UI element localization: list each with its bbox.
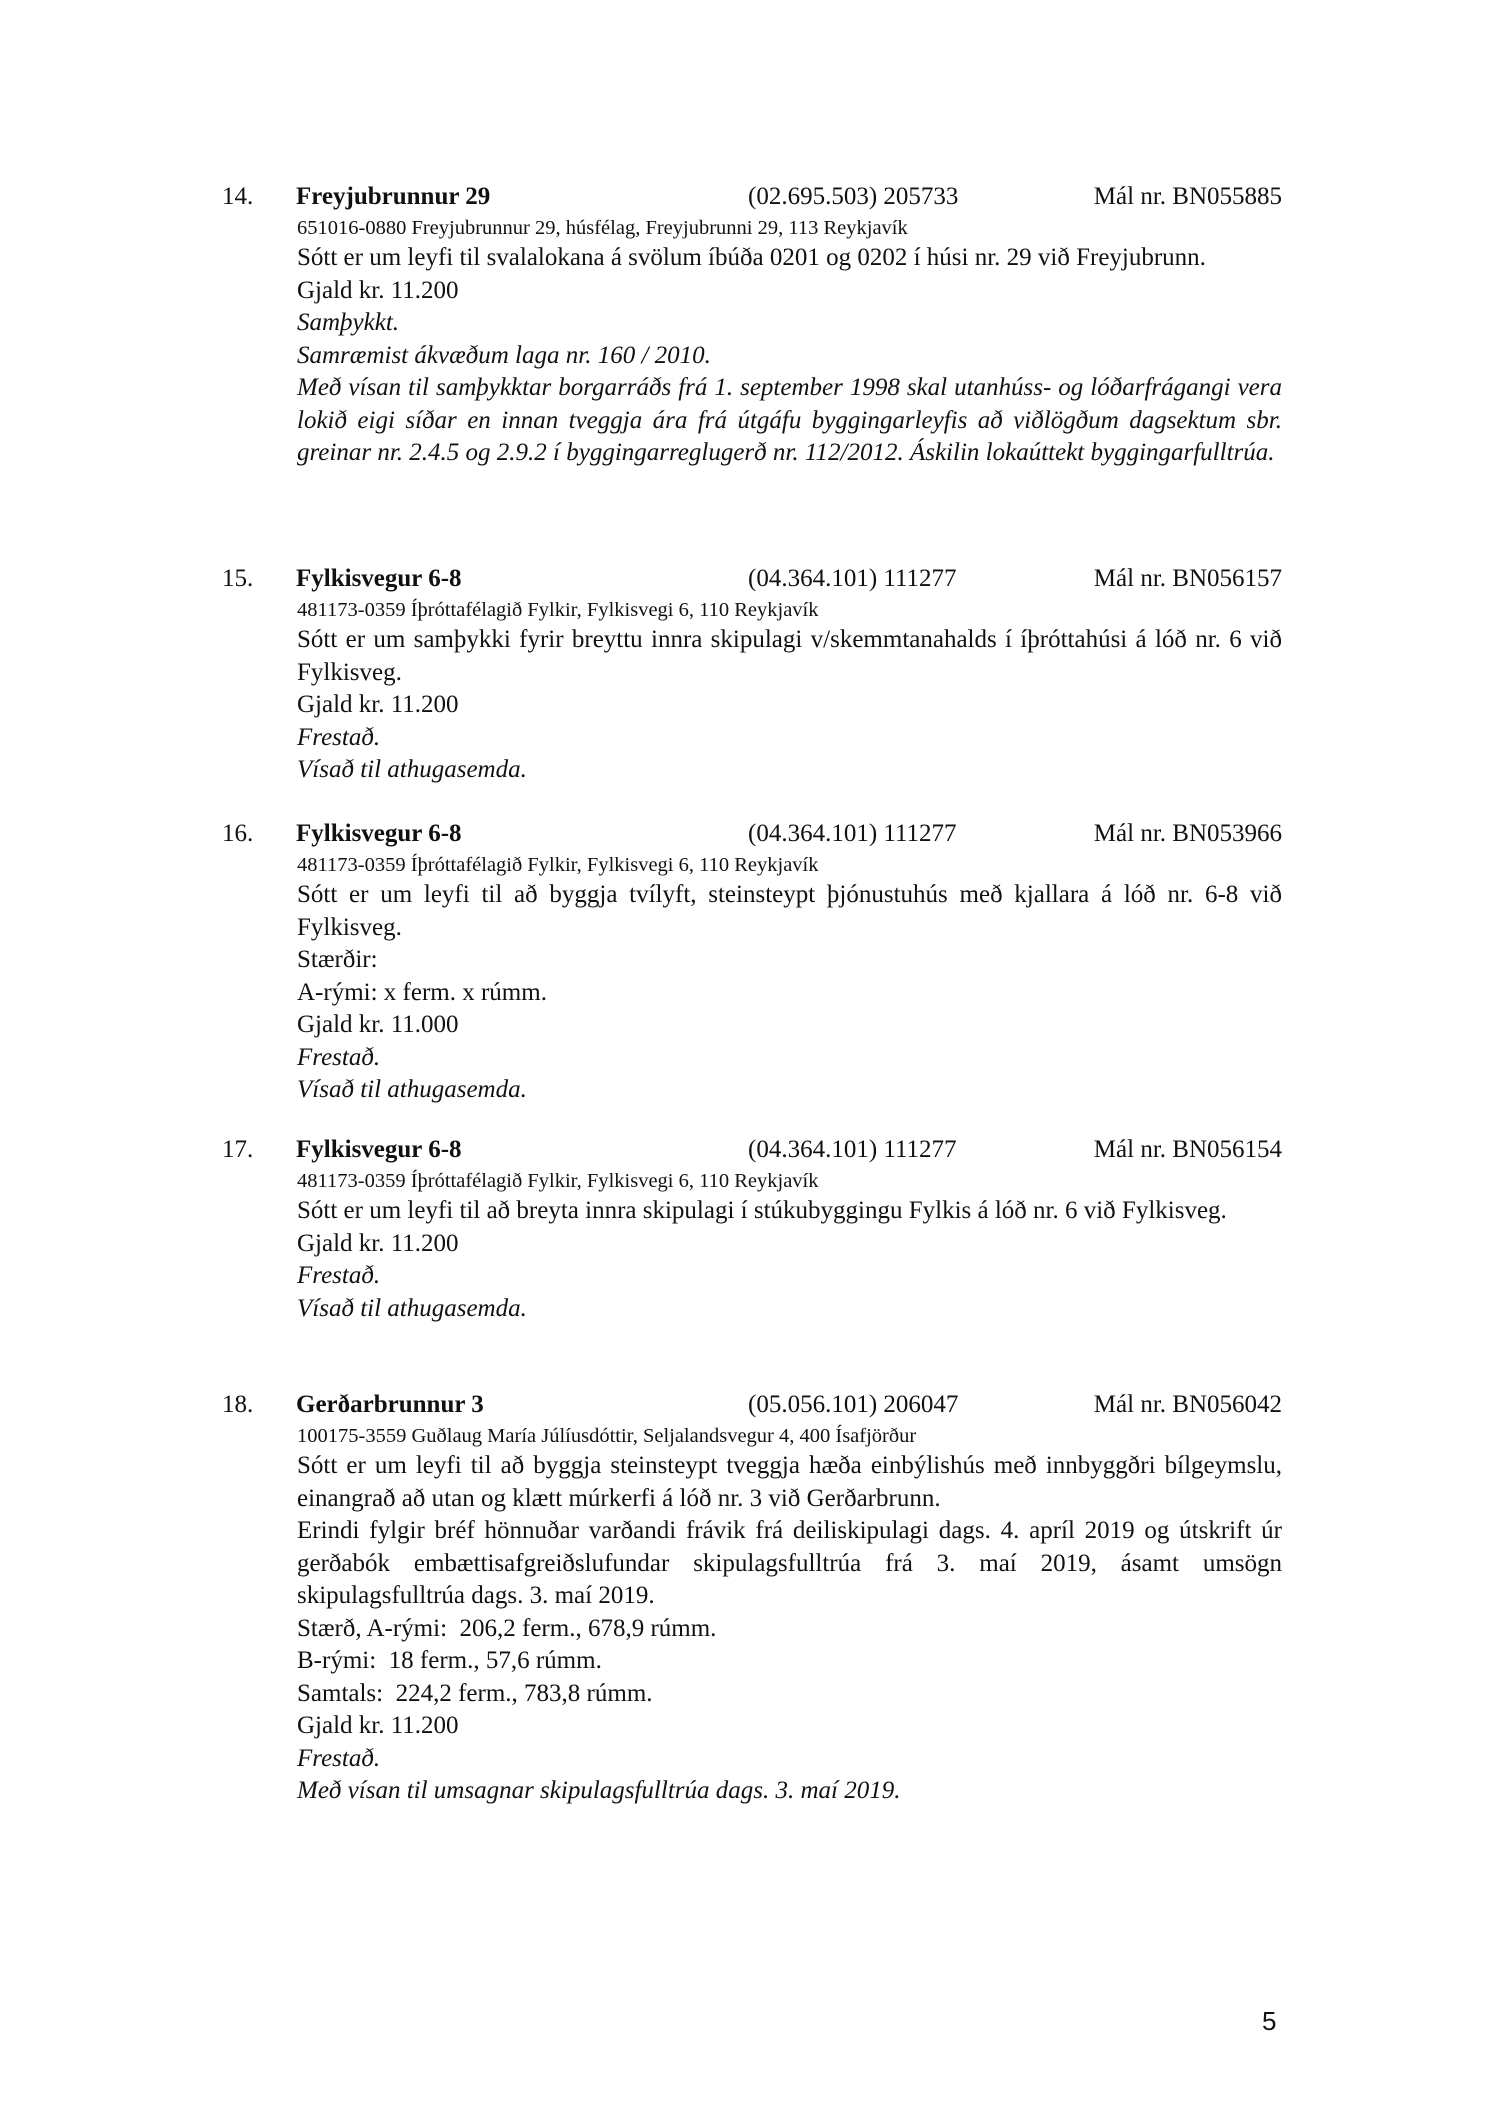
note: Vísað til athugasemda. — [297, 754, 1282, 787]
case-number: 18. — [222, 1388, 253, 1422]
land-id: (04.364.101) 111277 — [748, 562, 957, 596]
applicant: 481173-0359 Íþróttafélagið Fylkir, Fylki… — [297, 1167, 1282, 1195]
case-item-18: 18. Gerðarbrunnur 3 (05.056.101) 206047 … — [222, 1388, 1282, 1808]
applicant: 481173-0359 Íþróttafélagið Fylkir, Fylki… — [297, 851, 1282, 879]
size-total: Samtals: 224,2 ferm., 783,8 rúmm. — [297, 1678, 1282, 1711]
case-address: Freyjubrunnur 29 — [296, 180, 490, 214]
case-description: Sótt er um leyfi til að byggja steinstey… — [297, 1450, 1282, 1515]
applicant: 651016-0880 Freyjubrunnur 29, húsfélag, … — [297, 214, 1282, 242]
case-description: Sótt er um leyfi til svalalokana á svölu… — [297, 242, 1282, 275]
document-page: 14. Freyjubrunnur 29 (02.695.503) 205733… — [0, 0, 1500, 2122]
case-description: Sótt er um leyfi til að breyta innra ski… — [297, 1195, 1282, 1228]
applicant: 481173-0359 Íþróttafélagið Fylkir, Fylki… — [297, 596, 1282, 624]
fee: Gjald kr. 11.200 — [297, 689, 1282, 722]
case-header: 14. Freyjubrunnur 29 (02.695.503) 205733… — [222, 180, 1282, 214]
fee: Gjald kr. 11.200 — [297, 1228, 1282, 1261]
case-item-14: 14. Freyjubrunnur 29 (02.695.503) 205733… — [222, 180, 1282, 470]
size-a: Stærð, A-rými: 206,2 ferm., 678,9 rúmm. — [297, 1613, 1282, 1646]
case-header: 18. Gerðarbrunnur 3 (05.056.101) 206047 … — [222, 1388, 1282, 1422]
note: Með vísan til umsagnar skipulagsfulltrúa… — [297, 1775, 1282, 1808]
case-number: 16. — [222, 817, 253, 851]
page-number: 5 — [1262, 2006, 1276, 2037]
case-description: Sótt er um samþykki fyrir breyttu innra … — [297, 624, 1282, 689]
case-address: Fylkisvegur 6-8 — [296, 1133, 462, 1167]
case-attachments: Erindi fylgir bréf hönnuðar varðandi frá… — [297, 1515, 1282, 1613]
decision: Samþykkt. — [297, 307, 1282, 340]
land-id: (04.364.101) 111277 — [748, 1133, 957, 1167]
note: Með vísan til samþykktar borgarráðs frá … — [297, 372, 1282, 470]
case-description: Sótt er um leyfi til að byggja tvílyft, … — [297, 879, 1282, 944]
case-address: Gerðarbrunnur 3 — [296, 1388, 484, 1422]
decision: Frestað. — [297, 1042, 1282, 1075]
size-a: A-rými: x ferm. x rúmm. — [297, 977, 1282, 1010]
case-reference: Mál nr. BN056154 — [1094, 1133, 1282, 1167]
applicant: 100175-3559 Guðlaug María Júlíusdóttir, … — [297, 1422, 1282, 1450]
case-item-15: 15. Fylkisvegur 6-8 (04.364.101) 111277 … — [222, 562, 1282, 787]
case-header: 17. Fylkisvegur 6-8 (04.364.101) 111277 … — [222, 1133, 1282, 1167]
fee: Gjald kr. 11.200 — [297, 1710, 1282, 1743]
case-reference: Mál nr. BN055885 — [1094, 180, 1282, 214]
note: Vísað til athugasemda. — [297, 1293, 1282, 1326]
fee: Gjald kr. 11.000 — [297, 1009, 1282, 1042]
decision: Frestað. — [297, 722, 1282, 755]
note: Samræmist ákvæðum laga nr. 160 / 2010. — [297, 340, 1282, 373]
case-number: 17. — [222, 1133, 253, 1167]
size-b: B-rými: 18 ferm., 57,6 rúmm. — [297, 1645, 1282, 1678]
case-reference: Mál nr. BN056157 — [1094, 562, 1282, 596]
decision: Frestað. — [297, 1743, 1282, 1776]
case-reference: Mál nr. BN053966 — [1094, 817, 1282, 851]
land-id: (02.695.503) 205733 — [748, 180, 958, 214]
size-label: Stærðir: — [297, 944, 1282, 977]
case-item-16: 16. Fylkisvegur 6-8 (04.364.101) 111277 … — [222, 817, 1282, 1107]
case-header: 15. Fylkisvegur 6-8 (04.364.101) 111277 … — [222, 562, 1282, 596]
case-address: Fylkisvegur 6-8 — [296, 817, 462, 851]
case-address: Fylkisvegur 6-8 — [296, 562, 462, 596]
land-id: (04.364.101) 111277 — [748, 817, 957, 851]
case-item-17: 17. Fylkisvegur 6-8 (04.364.101) 111277 … — [222, 1133, 1282, 1325]
case-header: 16. Fylkisvegur 6-8 (04.364.101) 111277 … — [222, 817, 1282, 851]
fee: Gjald kr. 11.200 — [297, 275, 1282, 308]
case-reference: Mál nr. BN056042 — [1094, 1388, 1282, 1422]
decision: Frestað. — [297, 1260, 1282, 1293]
land-id: (05.056.101) 206047 — [748, 1388, 958, 1422]
case-number: 14. — [222, 180, 253, 214]
case-number: 15. — [222, 562, 253, 596]
note: Vísað til athugasemda. — [297, 1074, 1282, 1107]
